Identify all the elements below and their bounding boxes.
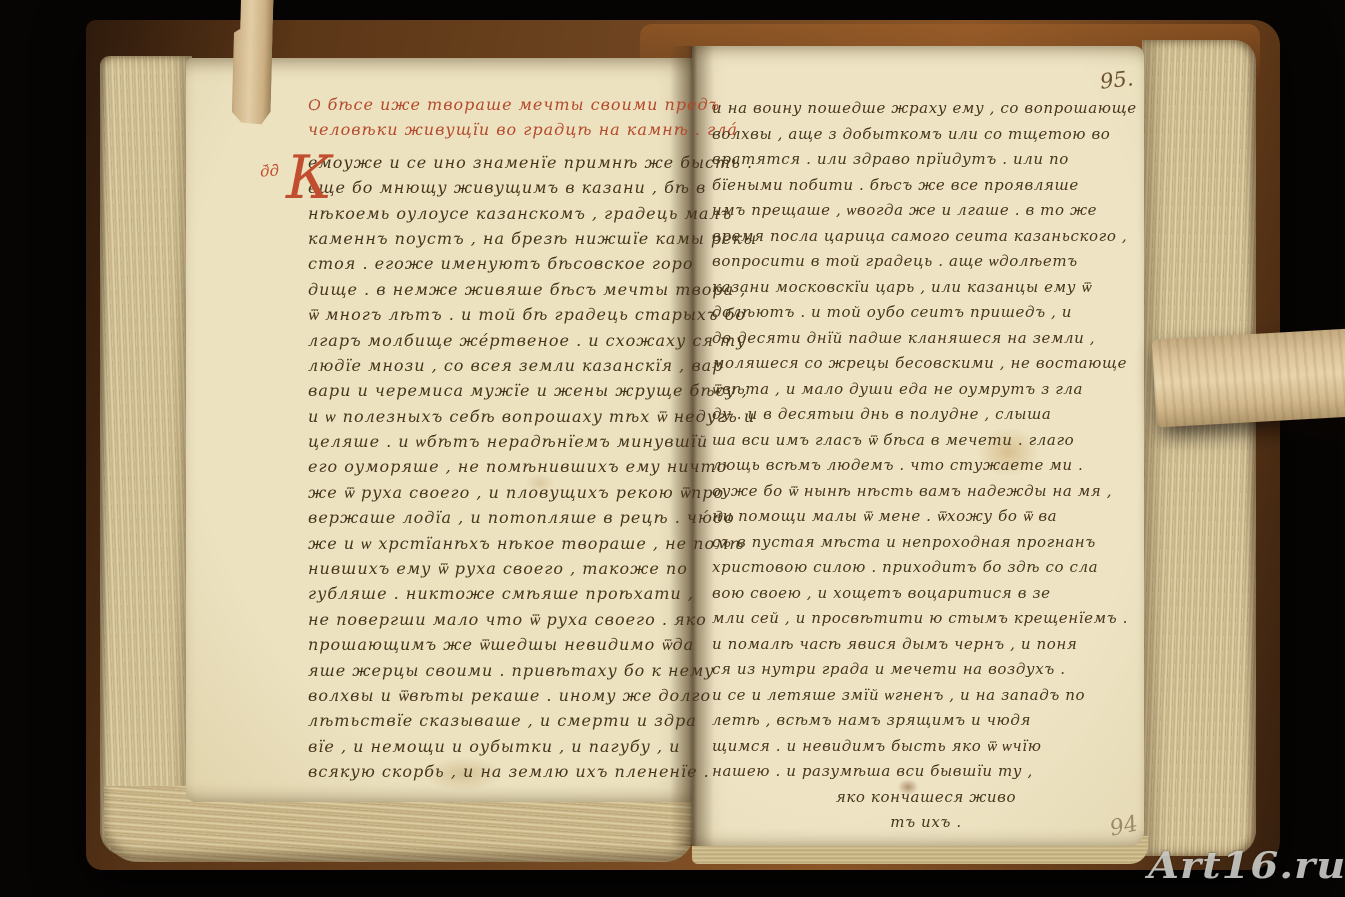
rubric-line: человѣки живущїи во градцѣ на камнѣ . гл…	[308, 117, 688, 142]
watermark: Art16.ru	[1148, 844, 1343, 887]
manuscript-line: вїе , и немощи и оубытки , и пагубу , и	[308, 734, 688, 759]
manuscript-line: прошающимъ же ѿшедшы невидимо ѿда	[308, 632, 688, 657]
manuscript-line: волхвы , аще з добыткомъ или со тщетою в…	[712, 122, 1140, 148]
manuscript-line: не повергши мало что ѿ руха своего . яко	[308, 607, 688, 632]
manuscript-line: до десяти днїй падше кланяшеся на земли …	[712, 326, 1140, 352]
manuscript-line: лгаръ молбище же́ртвеное . и схожаху ся …	[308, 328, 688, 353]
manuscript-line: и помалѣ часѣ явися дымъ чернъ , и поня	[712, 632, 1140, 658]
page-block-edge-right	[1142, 40, 1256, 856]
manuscript-line: мли сей , и просвѣтити ю стымъ крещенїем…	[712, 606, 1140, 632]
manuscript-line: стоя . егоже именуютъ бѣсовское горо	[308, 251, 688, 276]
manuscript-line: ду . и в десятыи днь в полудне , слыша	[712, 402, 1140, 428]
manuscript-line: ѿвѣта , и мало души еда не оумрутъ з гла	[712, 377, 1140, 403]
manuscript-line: каменнъ поустъ , на брезѣ нижшїе камы ре…	[308, 226, 688, 251]
manuscript-line: съ в пустая мѣста и непроходная прогнанъ	[712, 530, 1140, 556]
bookmark-stick-top	[226, 0, 273, 125]
left-page-text: Ѻ бѣсе иже твораше мечты своими предъчел…	[308, 92, 688, 785]
manuscript-line: яше жерцы своими . привѣтаху бо к нему	[308, 658, 688, 683]
manuscript-line: его оуморяше , не помѣнившихъ ему ничто	[308, 454, 688, 479]
manuscript-line: бїеными побити . бѣсъ же все проявляше	[712, 173, 1140, 199]
manuscript-line: время посла царица самого сеита казаньск…	[712, 224, 1140, 250]
manuscript-line: губляше . никтоже смѣяше проѣхати ,	[308, 581, 688, 606]
manuscript-line: ни помощи малы ѿ мене . ѿхожу бо ѿ ва	[712, 504, 1140, 530]
manuscript-line: же ѿ руха своего , и пловущихъ рекою ѿпр…	[308, 480, 688, 505]
manuscript-line: целяше . и ѡбѣтъ нерадѣнїемъ минувшїй	[308, 429, 688, 454]
manuscript-line: и се и летяше змїй ѡгненъ , и на западъ …	[712, 683, 1140, 709]
rubric-line: Ѻ бѣсе иже твораше мечты своими предъ	[308, 92, 688, 117]
manuscript-line: вратятся . или здраво прїидутъ . или по	[712, 147, 1140, 173]
colophon: яко кончашеся животъ ихъ .	[712, 785, 1140, 836]
chapter-initial: К	[286, 150, 332, 206]
manuscript-line: казани московскїи царь , или казанцы ему…	[712, 275, 1140, 301]
folio-number: 95.	[1099, 66, 1135, 93]
left-page-body: К д́д̑ емоуже и се ино знаменїе примнѣ ж…	[308, 150, 688, 785]
bookmark-stick-right	[1152, 328, 1345, 427]
manuscript-line: еще бо мнющу живущимъ в казани , бѣ в	[308, 175, 688, 200]
manuscript-line: летѣ , всѣмъ намъ зрящимъ и чюдя	[712, 708, 1140, 734]
manuscript-line: щимся . и невидимъ бысть яко ѿ ѡчїю	[712, 734, 1140, 760]
manuscript-line: и на воину пошедше жраху ему , со вопрош…	[712, 96, 1140, 122]
manuscript-line: волхвы и ѿвѣты рекаше . иному же долго	[308, 683, 688, 708]
manuscript-line: вари и черемиса мужїе и жены жруще бѣсу …	[308, 378, 688, 403]
manuscript-line: и ѡ полезныхъ себѣ вопрошаху тѣх ѿ недуг…	[308, 404, 688, 429]
manuscript-line: имъ прещаше , ѡвогда же и лгаше . в то ж…	[712, 198, 1140, 224]
manuscript-line: христовою силою . приходитъ бо здѣ со сл…	[712, 555, 1140, 581]
manuscript-line: вержаше лодїа , и потопляше в рецѣ . чю́…	[308, 505, 688, 530]
page-block-edge-left	[100, 56, 192, 856]
right-page-text: и на воину пошедше жраху ему , со вопрош…	[712, 96, 1140, 836]
manuscript-line: емоуже и се ино знаменїе примнѣ же бысть…	[308, 150, 688, 175]
manuscript-line: лющь всѣмъ людемъ . что стужаете ми .	[712, 453, 1140, 479]
photo-background: { "scene": { "watermark": "Art16.ru", "b…	[0, 0, 1345, 897]
manuscript-line: моляшеся со жрецы бесовскими , не востаю…	[712, 351, 1140, 377]
manuscript-line: нившихъ ему ѿ руха своего , такоже по	[308, 556, 688, 581]
manuscript-line: нѣкоемь оулоусе казанскомъ , градець мал…	[308, 201, 688, 226]
margin-note: д́д̑	[259, 161, 279, 180]
manuscript-line: ѿ многъ лѣтъ . и той бѣ градець старыхъ …	[308, 302, 688, 327]
manuscript-line: всякую скорбь , и на землю ихъ плененїе …	[308, 759, 688, 784]
manuscript-line: нашею . и разумѣша вси бывшїи ту ,	[712, 759, 1140, 785]
manuscript-line: дище . в немже живяше бѣсъ мечты твора ,	[308, 277, 688, 302]
manuscript-line: вою своею , и хощетъ воцаритися в зе	[712, 581, 1140, 607]
colophon-line: тъ ихъ .	[712, 810, 1140, 836]
manuscript-line: вопросити в той градець . аще ѡдолѣетъ	[712, 249, 1140, 275]
colophon-line: яко кончашеся живо	[712, 785, 1140, 811]
chapter-heading: Ѻ бѣсе иже твораше мечты своими предъчел…	[308, 92, 688, 143]
manuscript-line: ся из нутри града и мечети на воздухъ .	[712, 657, 1140, 683]
manuscript-line: долѣютъ . и той оубо сеитъ пришедъ , и	[712, 300, 1140, 326]
right-page-body: и на воину пошедше жраху ему , со вопрош…	[712, 96, 1140, 785]
manuscript-line: ша вси имъ гласъ ѿ бѣса в мечети . глаго	[712, 428, 1140, 454]
manuscript-line: людїе мнози , со всея земли казанскїя , …	[308, 353, 688, 378]
manuscript-line: же и ѡ хрстїанѣхъ нѣкое твораше , не пом…	[308, 531, 688, 556]
manuscript-line: лѣтьствїе сказываше , и смерти и здра	[308, 708, 688, 733]
manuscript-line: оуже бо ѿ нынѣ нѣсть вамъ надежды на мя …	[712, 479, 1140, 505]
